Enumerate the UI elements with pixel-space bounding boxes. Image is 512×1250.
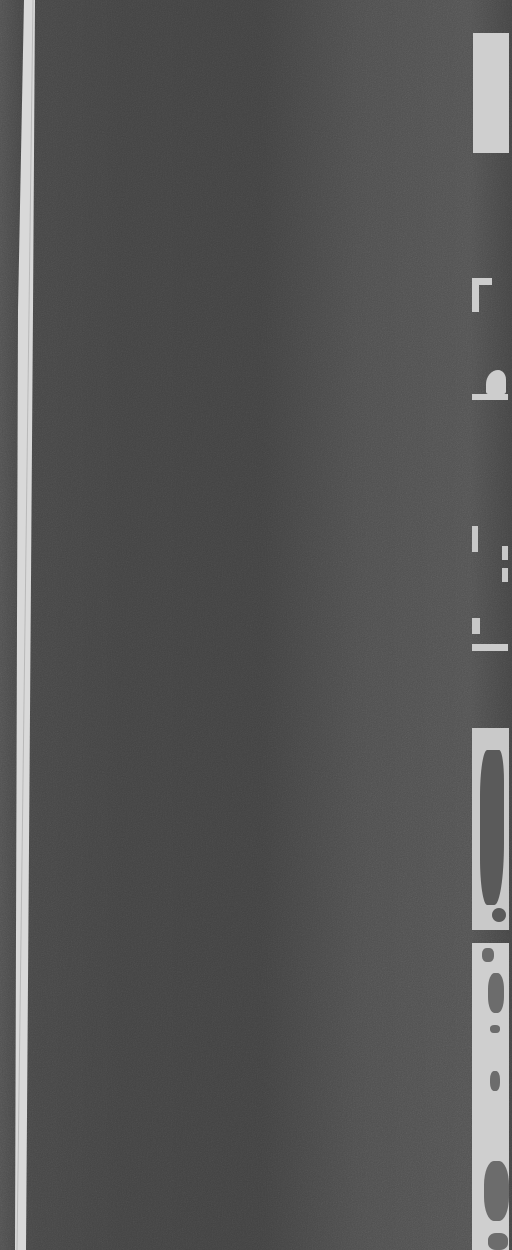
dash-segment-5 xyxy=(472,943,509,1250)
road-surface xyxy=(0,0,512,1250)
dash-segment-1 xyxy=(473,33,509,153)
dash-segment-3 xyxy=(472,526,508,652)
left-edge-line xyxy=(0,0,512,1250)
dash-segment-2 xyxy=(472,278,508,402)
dash-segment-4 xyxy=(472,728,509,930)
